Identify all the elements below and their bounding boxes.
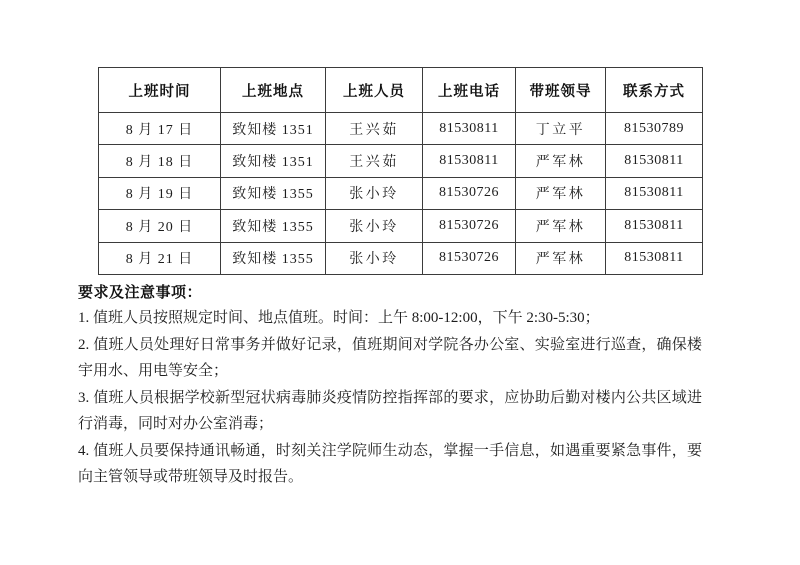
cell-contact: 81530811	[606, 145, 703, 177]
cell-date: 8 月 20 日	[99, 210, 221, 242]
cell-location: 致知楼 1355	[221, 242, 326, 274]
cell-contact: 81530811	[606, 242, 703, 274]
table-header-row: 上班时间 上班地点 上班人员 上班电话 带班领导 联系方式	[99, 68, 703, 113]
cell-contact: 81530811	[606, 177, 703, 209]
cell-leader: 严军林	[516, 145, 606, 177]
column-header-work-location: 上班地点	[221, 68, 326, 113]
cell-staff: 张小玲	[326, 177, 423, 209]
table-row: 8 月 20 日 致知楼 1355 张小玲 81530726 严军林 81530…	[99, 210, 703, 242]
cell-phone: 81530726	[423, 177, 516, 209]
table-row: 8 月 19 日 致知楼 1355 张小玲 81530726 严军林 81530…	[99, 177, 703, 209]
cell-phone: 81530726	[423, 210, 516, 242]
cell-staff: 王兴茹	[326, 113, 423, 145]
cell-phone: 81530811	[423, 113, 516, 145]
cell-location: 致知楼 1351	[221, 145, 326, 177]
cell-staff: 张小玲	[326, 242, 423, 274]
cell-location: 致知楼 1355	[221, 210, 326, 242]
table-row: 8 月 18 日 致知楼 1351 王兴茹 81530811 严军林 81530…	[99, 145, 703, 177]
cell-leader: 丁立平	[516, 113, 606, 145]
cell-contact: 81530789	[606, 113, 703, 145]
duty-schedule-table: 上班时间 上班地点 上班人员 上班电话 带班领导 联系方式 8 月 17 日 致…	[98, 67, 703, 275]
cell-date: 8 月 17 日	[99, 113, 221, 145]
notes-heading: 要求及注意事项：	[78, 281, 702, 305]
document-page: 上班时间 上班地点 上班人员 上班电话 带班领导 联系方式 8 月 17 日 致…	[0, 0, 800, 565]
column-header-duty-leader: 带班领导	[516, 68, 606, 113]
cell-leader: 严军林	[516, 242, 606, 274]
cell-phone: 81530726	[423, 242, 516, 274]
column-header-work-staff: 上班人员	[326, 68, 423, 113]
cell-leader: 严军林	[516, 210, 606, 242]
cell-contact: 81530811	[606, 210, 703, 242]
note-item-3: 3. 值班人员根据学校新型冠状病毒肺炎疫情防控指挥部的要求，应协助后勤对楼内公共…	[78, 385, 702, 438]
note-item-2: 2. 值班人员处理好日常事务并做好记录，值班期间对学院各办公室、实验室进行巡查，…	[78, 332, 702, 385]
cell-staff: 张小玲	[326, 210, 423, 242]
column-header-work-phone: 上班电话	[423, 68, 516, 113]
cell-location: 致知楼 1355	[221, 177, 326, 209]
notes-section: 要求及注意事项： 1. 值班人员按照规定时间、地点值班。时间：上午 8:00-1…	[78, 281, 702, 491]
table-row: 8 月 17 日 致知楼 1351 王兴茹 81530811 丁立平 81530…	[99, 113, 703, 145]
cell-date: 8 月 18 日	[99, 145, 221, 177]
cell-date: 8 月 21 日	[99, 242, 221, 274]
cell-leader: 严军林	[516, 177, 606, 209]
note-item-1: 1. 值班人员按照规定时间、地点值班。时间：上午 8:00-12:00，下午 2…	[78, 305, 702, 332]
cell-staff: 王兴茹	[326, 145, 423, 177]
cell-location: 致知楼 1351	[221, 113, 326, 145]
cell-date: 8 月 19 日	[99, 177, 221, 209]
cell-phone: 81530811	[423, 145, 516, 177]
column-header-work-time: 上班时间	[99, 68, 221, 113]
note-item-4: 4. 值班人员要保持通讯畅通，时刻关注学院师生动态，掌握一手信息，如遇重要紧急事…	[78, 438, 702, 491]
table-row: 8 月 21 日 致知楼 1355 张小玲 81530726 严军林 81530…	[99, 242, 703, 274]
column-header-contact: 联系方式	[606, 68, 703, 113]
